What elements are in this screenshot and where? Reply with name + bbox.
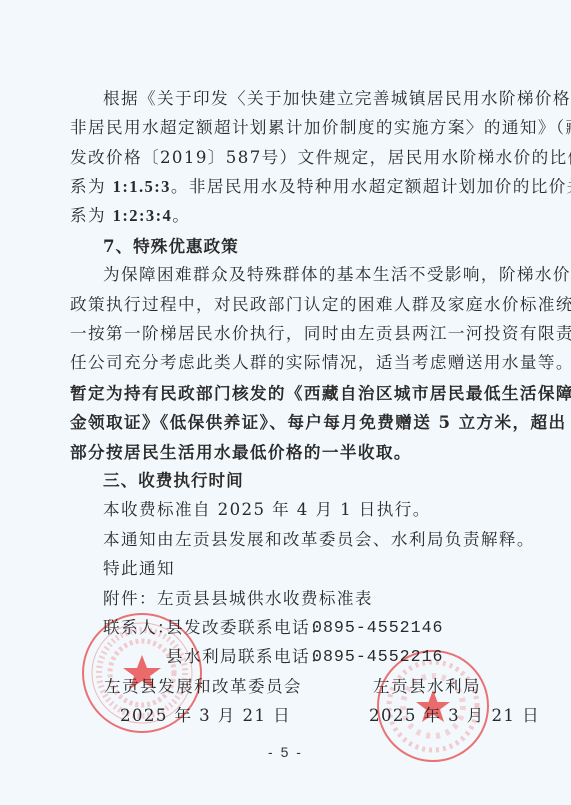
body-line: 系为 1:1.5:3。非居民用水及特种用水超定额超计划加价的比价关 <box>70 176 508 198</box>
body-line: 根据《关于印发〈关于加快建立完善城镇居民用水阶梯价格和 <box>103 88 508 110</box>
contact2-phone: 0895-4552216 <box>312 646 444 668</box>
contact1-name: 县发改委联系电话： <box>166 617 328 639</box>
section-heading: 三、收费执行时间 <box>103 470 508 492</box>
signature-org-drc: 左贡县发展和改革委员会 <box>104 676 302 698</box>
non-residential-ratio: 1:2:3:4 <box>113 206 173 225</box>
interpretation-line: 本通知由左贡县发展和改革委员会、水利局负责解释。 <box>103 529 508 551</box>
body-line: 为保障困难群众及特殊群体的基本生活不受影响，阶梯水价 <box>103 264 508 286</box>
signature-date-drc: 2025 年 3 月 21 日 <box>120 705 291 727</box>
body-line-bold: 暂定为持有民政部门核发的《西藏自治区城市居民最低生活保障 <box>70 382 508 404</box>
body-line: 任公司充分考虑此类人群的实际情况，适当考虑赠送用水量等。 <box>70 352 508 374</box>
notice-line: 特此通知 <box>103 558 508 580</box>
body-line: 非居民用水超定额超计划累计加价制度的实施方案〉的通知》（藏 <box>70 117 508 139</box>
text: 。 <box>172 206 190 225</box>
attachment-line: 附件：左贡县县城供水收费标准表 <box>103 588 508 610</box>
body-line-bold: 金领取证》《低保供养证》、每户每月免费赠送 5 立方米，超出 <box>70 411 508 433</box>
text: 。非居民用水及特种用水超定额超计划加价的比价关 <box>171 177 571 196</box>
text: 系为 <box>70 206 113 225</box>
document-page: 根据《关于印发〈关于加快建立完善城镇居民用水阶梯价格和 非居民用水超定额超计划累… <box>0 0 571 805</box>
text: 系为 <box>70 177 113 196</box>
body-line: 一按第一阶梯居民水价执行，同时由左贡县两江一河投资有限责 <box>70 323 508 345</box>
body-line: 政策执行过程中，对民政部门认定的困难人群及家庭水价标准统 <box>70 294 508 316</box>
contact-label: 联系人： <box>103 617 175 639</box>
body-line-bold: 部分按居民生活用水最低价格的一半收取。 <box>70 441 508 463</box>
section-heading: 7、特殊优惠政策 <box>103 235 508 257</box>
effective-date-line: 本收费标准自 2025 年 4 月 1 日执行。 <box>103 499 508 521</box>
body-line: 系为 1:2:3:4。 <box>70 205 508 227</box>
residential-ratio: 1:1.5:3 <box>113 177 171 196</box>
body-line: 发改价格〔2019〕587号）文件规定，居民用水阶梯水价的比价关 <box>70 147 508 169</box>
contact1-phone: 0895-4552146 <box>312 617 444 639</box>
signature-org-water: 左贡县水利局 <box>373 676 481 698</box>
contact2-name: 县水利局联系电话： <box>166 646 328 668</box>
signature-date-water: 2025 年 3 月 21 日 <box>369 705 540 727</box>
